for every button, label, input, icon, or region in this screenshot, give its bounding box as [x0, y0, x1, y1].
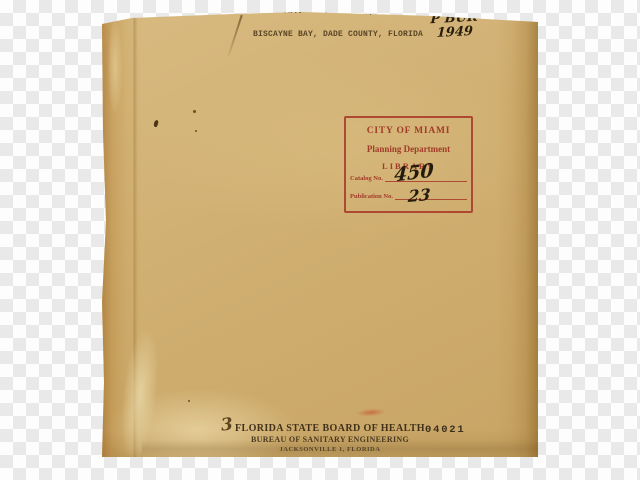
ink-speck [153, 120, 159, 128]
document-cover-page: MAY - OCTOBER, 1949 BISCAYNE BAY, DADE C… [102, 12, 538, 457]
imprint-board-line: FLORIDA STATE BOARD OF HEALTH [230, 423, 430, 434]
stamp-publication-fill-line [395, 190, 467, 200]
stamp-catalog-label: Catalog No. [350, 175, 383, 182]
paper-crease-mark [227, 15, 242, 57]
city-of-miami-library-stamp: CITY OF MIAMI Planning Department LIBRAR… [344, 116, 473, 213]
scanned-image-canvas: MAY - OCTOBER, 1949 BISCAYNE BAY, DADE C… [0, 0, 640, 480]
ink-speck [188, 400, 190, 402]
handwritten-top-right-note: P BUR 1949 [429, 11, 478, 42]
stamp-department-line: Planning Department [346, 144, 471, 154]
red-pencil-smudge [357, 408, 385, 417]
stamp-city-line: CITY OF MIAMI [346, 126, 471, 136]
stamp-publication-label: Publication No. [350, 193, 393, 200]
ink-speck [195, 130, 197, 132]
publisher-imprint: FLORIDA STATE BOARD OF HEALTH BUREAU OF … [230, 423, 430, 453]
torn-edge-highlight [108, 22, 122, 112]
serial-number: 04021 [425, 424, 466, 436]
typed-date-line: MAY - OCTOBER, 1949 [284, 6, 408, 17]
ink-speck [193, 110, 196, 113]
imprint-bureau-line: BUREAU OF SANITARY ENGINEERING [230, 435, 430, 444]
typed-title-line: BISCAYNE BAY, DADE COUNTY, FLORIDA [253, 30, 423, 39]
stamp-catalog-handwritten-value: 450 [394, 161, 434, 185]
imprint-city-line: JACKSONVILLE 1, FLORIDA [230, 446, 430, 453]
stamp-publication-handwritten-value: 23 [407, 187, 431, 205]
handwritten-note-line2: 1949 [436, 25, 477, 41]
